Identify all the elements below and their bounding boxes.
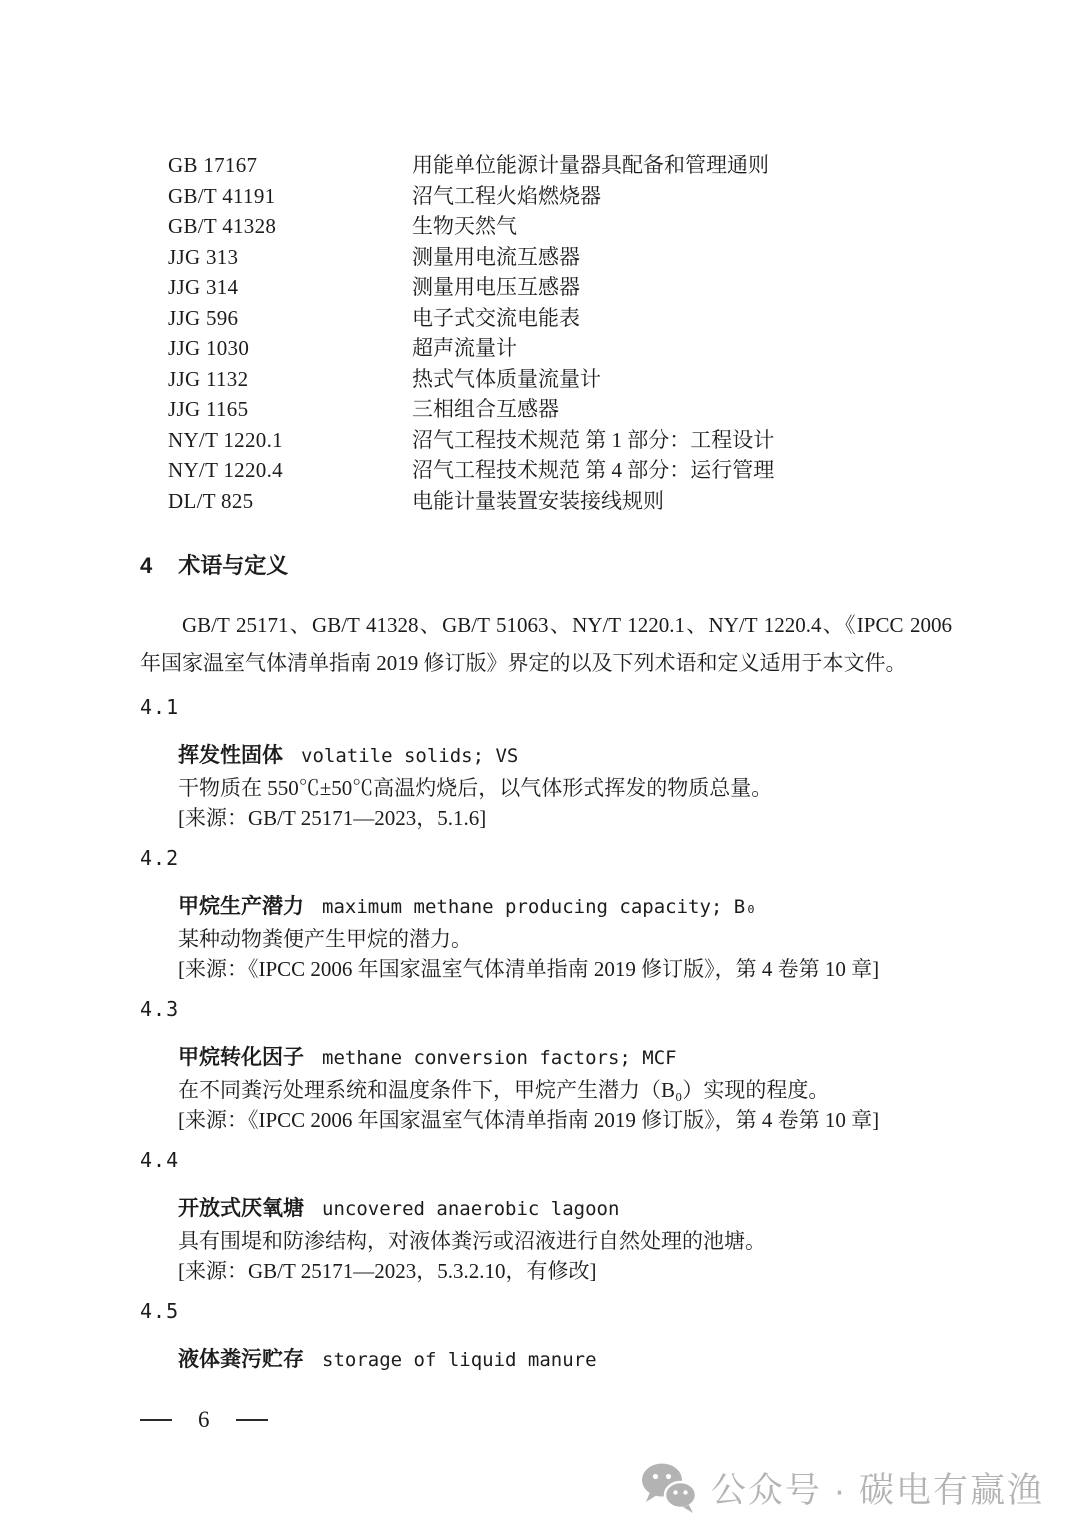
wechat-icon (641, 1462, 697, 1514)
term-block-4-2: 4.2 甲烷生产潜力 maximum methane producing cap… (140, 845, 952, 984)
watermark-text: 公众号 · 碳电有赢渔 (711, 1463, 1044, 1513)
term-head: 甲烷生产潜力 maximum methane producing capacit… (178, 892, 952, 924)
reference-title: 超声流量计 (412, 333, 952, 364)
reference-code: GB/T 41191 (168, 181, 412, 212)
reference-title: 测量用电压互感器 (412, 272, 952, 303)
reference-code: JJG 314 (168, 272, 412, 303)
reference-code: DL/T 825 (168, 486, 412, 517)
term-number: 4.5 (140, 1298, 952, 1324)
document-page: GB 17167 用能单位能源计量器具配备和管理通则 GB/T 41191 沼气… (140, 150, 952, 1377)
reference-title: 生物天然气 (412, 211, 952, 242)
term-head: 甲烷转化因子 methane conversion factors; MCF (178, 1043, 952, 1075)
term-name-zh: 开放式厌氧塘 (178, 1197, 304, 1220)
reference-title: 用能单位能源计量器具配备和管理通则 (412, 150, 952, 181)
reference-title: 沼气工程技术规范 第 4 部分：运行管理 (412, 455, 952, 486)
term-source: [来源：GB/T 25171—2023，5.1.6] (178, 803, 952, 833)
term-name-en: volatile solids; VS (301, 745, 518, 767)
term-head: 挥发性固体 volatile solids; VS (178, 741, 952, 773)
term-head: 开放式厌氧塘 uncovered anaerobic lagoon (178, 1194, 952, 1226)
term-definition: 某种动物粪便产生甲烷的潜力。 (178, 924, 952, 954)
term-number: 4.3 (140, 996, 952, 1022)
reference-code: NY/T 1220.4 (168, 455, 412, 486)
reference-code: JJG 1030 (168, 333, 412, 364)
reference-title: 电子式交流电能表 (412, 303, 952, 334)
term-number: 4.1 (140, 694, 952, 720)
term-source: [来源：GB/T 25171—2023，5.3.2.10，有修改] (178, 1256, 952, 1286)
reference-row: JJG 596 电子式交流电能表 (168, 303, 952, 334)
reference-row: JJG 313 测量用电流互感器 (168, 242, 952, 273)
reference-code: JJG 1132 (168, 364, 412, 395)
term-name-en: maximum methane producing capacity; B₀ (322, 896, 757, 918)
term-name-zh: 液体粪污贮存 (178, 1348, 304, 1371)
reference-row: JJG 1165 三相组合互感器 (168, 394, 952, 425)
reference-code: JJG 313 (168, 242, 412, 273)
footer-right-dash (236, 1419, 268, 1421)
reference-row: NY/T 1220.1 沼气工程技术规范 第 1 部分：工程设计 (168, 425, 952, 456)
term-source: [来源：《IPCC 2006 年国家温室气体清单指南 2019 修订版》，第 4… (178, 954, 952, 984)
reference-code: JJG 596 (168, 303, 412, 334)
term-name-en: storage of liquid manure (322, 1349, 597, 1371)
reference-row: GB/T 41191 沼气工程火焰燃烧器 (168, 181, 952, 212)
section-number: 4 (140, 552, 152, 580)
reference-row: JJG 1030 超声流量计 (168, 333, 952, 364)
term-block-4-1: 4.1 挥发性固体 volatile solids; VS 干物质在 550℃±… (140, 694, 952, 833)
term-definition: 具有围堤和防渗结构，对液体粪污或沼液进行自然处理的池塘。 (178, 1226, 952, 1256)
reference-code: GB/T 41328 (168, 211, 412, 242)
reference-row: JJG 314 测量用电压互感器 (168, 272, 952, 303)
term-head: 液体粪污贮存 storage of liquid manure (178, 1345, 952, 1377)
term-name-en: uncovered anaerobic lagoon (322, 1198, 619, 1220)
term-number: 4.2 (140, 845, 952, 871)
term-block-4-4: 4.4 开放式厌氧塘 uncovered anaerobic lagoon 具有… (140, 1147, 952, 1286)
term-number: 4.4 (140, 1147, 952, 1173)
reference-title: 测量用电流互感器 (412, 242, 952, 273)
reference-title: 电能计量装置安装接线规则 (412, 486, 952, 517)
page-footer: 6 (140, 1408, 268, 1432)
section-heading: 4 术语与定义 (140, 552, 952, 580)
section-intro-paragraph: GB/T 25171、GB/T 41328、GB/T 51063、NY/T 12… (140, 606, 952, 682)
watermark: 公众号 · 碳电有赢渔 (641, 1462, 1044, 1514)
term-definition: 干物质在 550℃±50℃高温灼烧后，以气体形式挥发的物质总量。 (178, 773, 952, 803)
reference-title: 沼气工程火焰燃烧器 (412, 181, 952, 212)
reference-title: 热式气体质量流量计 (412, 364, 952, 395)
term-name-zh: 甲烷转化因子 (178, 1046, 304, 1069)
reference-row: DL/T 825 电能计量装置安装接线规则 (168, 486, 952, 517)
term-name-en: methane conversion factors; MCF (322, 1047, 677, 1069)
term-source: [来源：《IPCC 2006 年国家温室气体清单指南 2019 修订版》，第 4… (178, 1105, 952, 1135)
reference-code: NY/T 1220.1 (168, 425, 412, 456)
footer-left-dash (140, 1419, 172, 1421)
normative-references-list: GB 17167 用能单位能源计量器具配备和管理通则 GB/T 41191 沼气… (168, 150, 952, 516)
term-name-zh: 甲烷生产潜力 (178, 895, 304, 918)
reference-row: GB 17167 用能单位能源计量器具配备和管理通则 (168, 150, 952, 181)
page-number: 6 (198, 1408, 210, 1432)
reference-row: GB/T 41328 生物天然气 (168, 211, 952, 242)
term-block-4-3: 4.3 甲烷转化因子 methane conversion factors; M… (140, 996, 952, 1135)
term-definition: 在不同粪污处理系统和温度条件下，甲烷产生潜力（B₀）实现的程度。 (178, 1075, 952, 1105)
section-title: 术语与定义 (178, 552, 288, 580)
reference-code: JJG 1165 (168, 394, 412, 425)
reference-title: 三相组合互感器 (412, 394, 952, 425)
reference-row: NY/T 1220.4 沼气工程技术规范 第 4 部分：运行管理 (168, 455, 952, 486)
reference-row: JJG 1132 热式气体质量流量计 (168, 364, 952, 395)
term-block-4-5: 4.5 液体粪污贮存 storage of liquid manure (140, 1298, 952, 1377)
reference-title: 沼气工程技术规范 第 1 部分：工程设计 (412, 425, 952, 456)
term-name-zh: 挥发性固体 (178, 744, 283, 767)
reference-code: GB 17167 (168, 150, 412, 181)
